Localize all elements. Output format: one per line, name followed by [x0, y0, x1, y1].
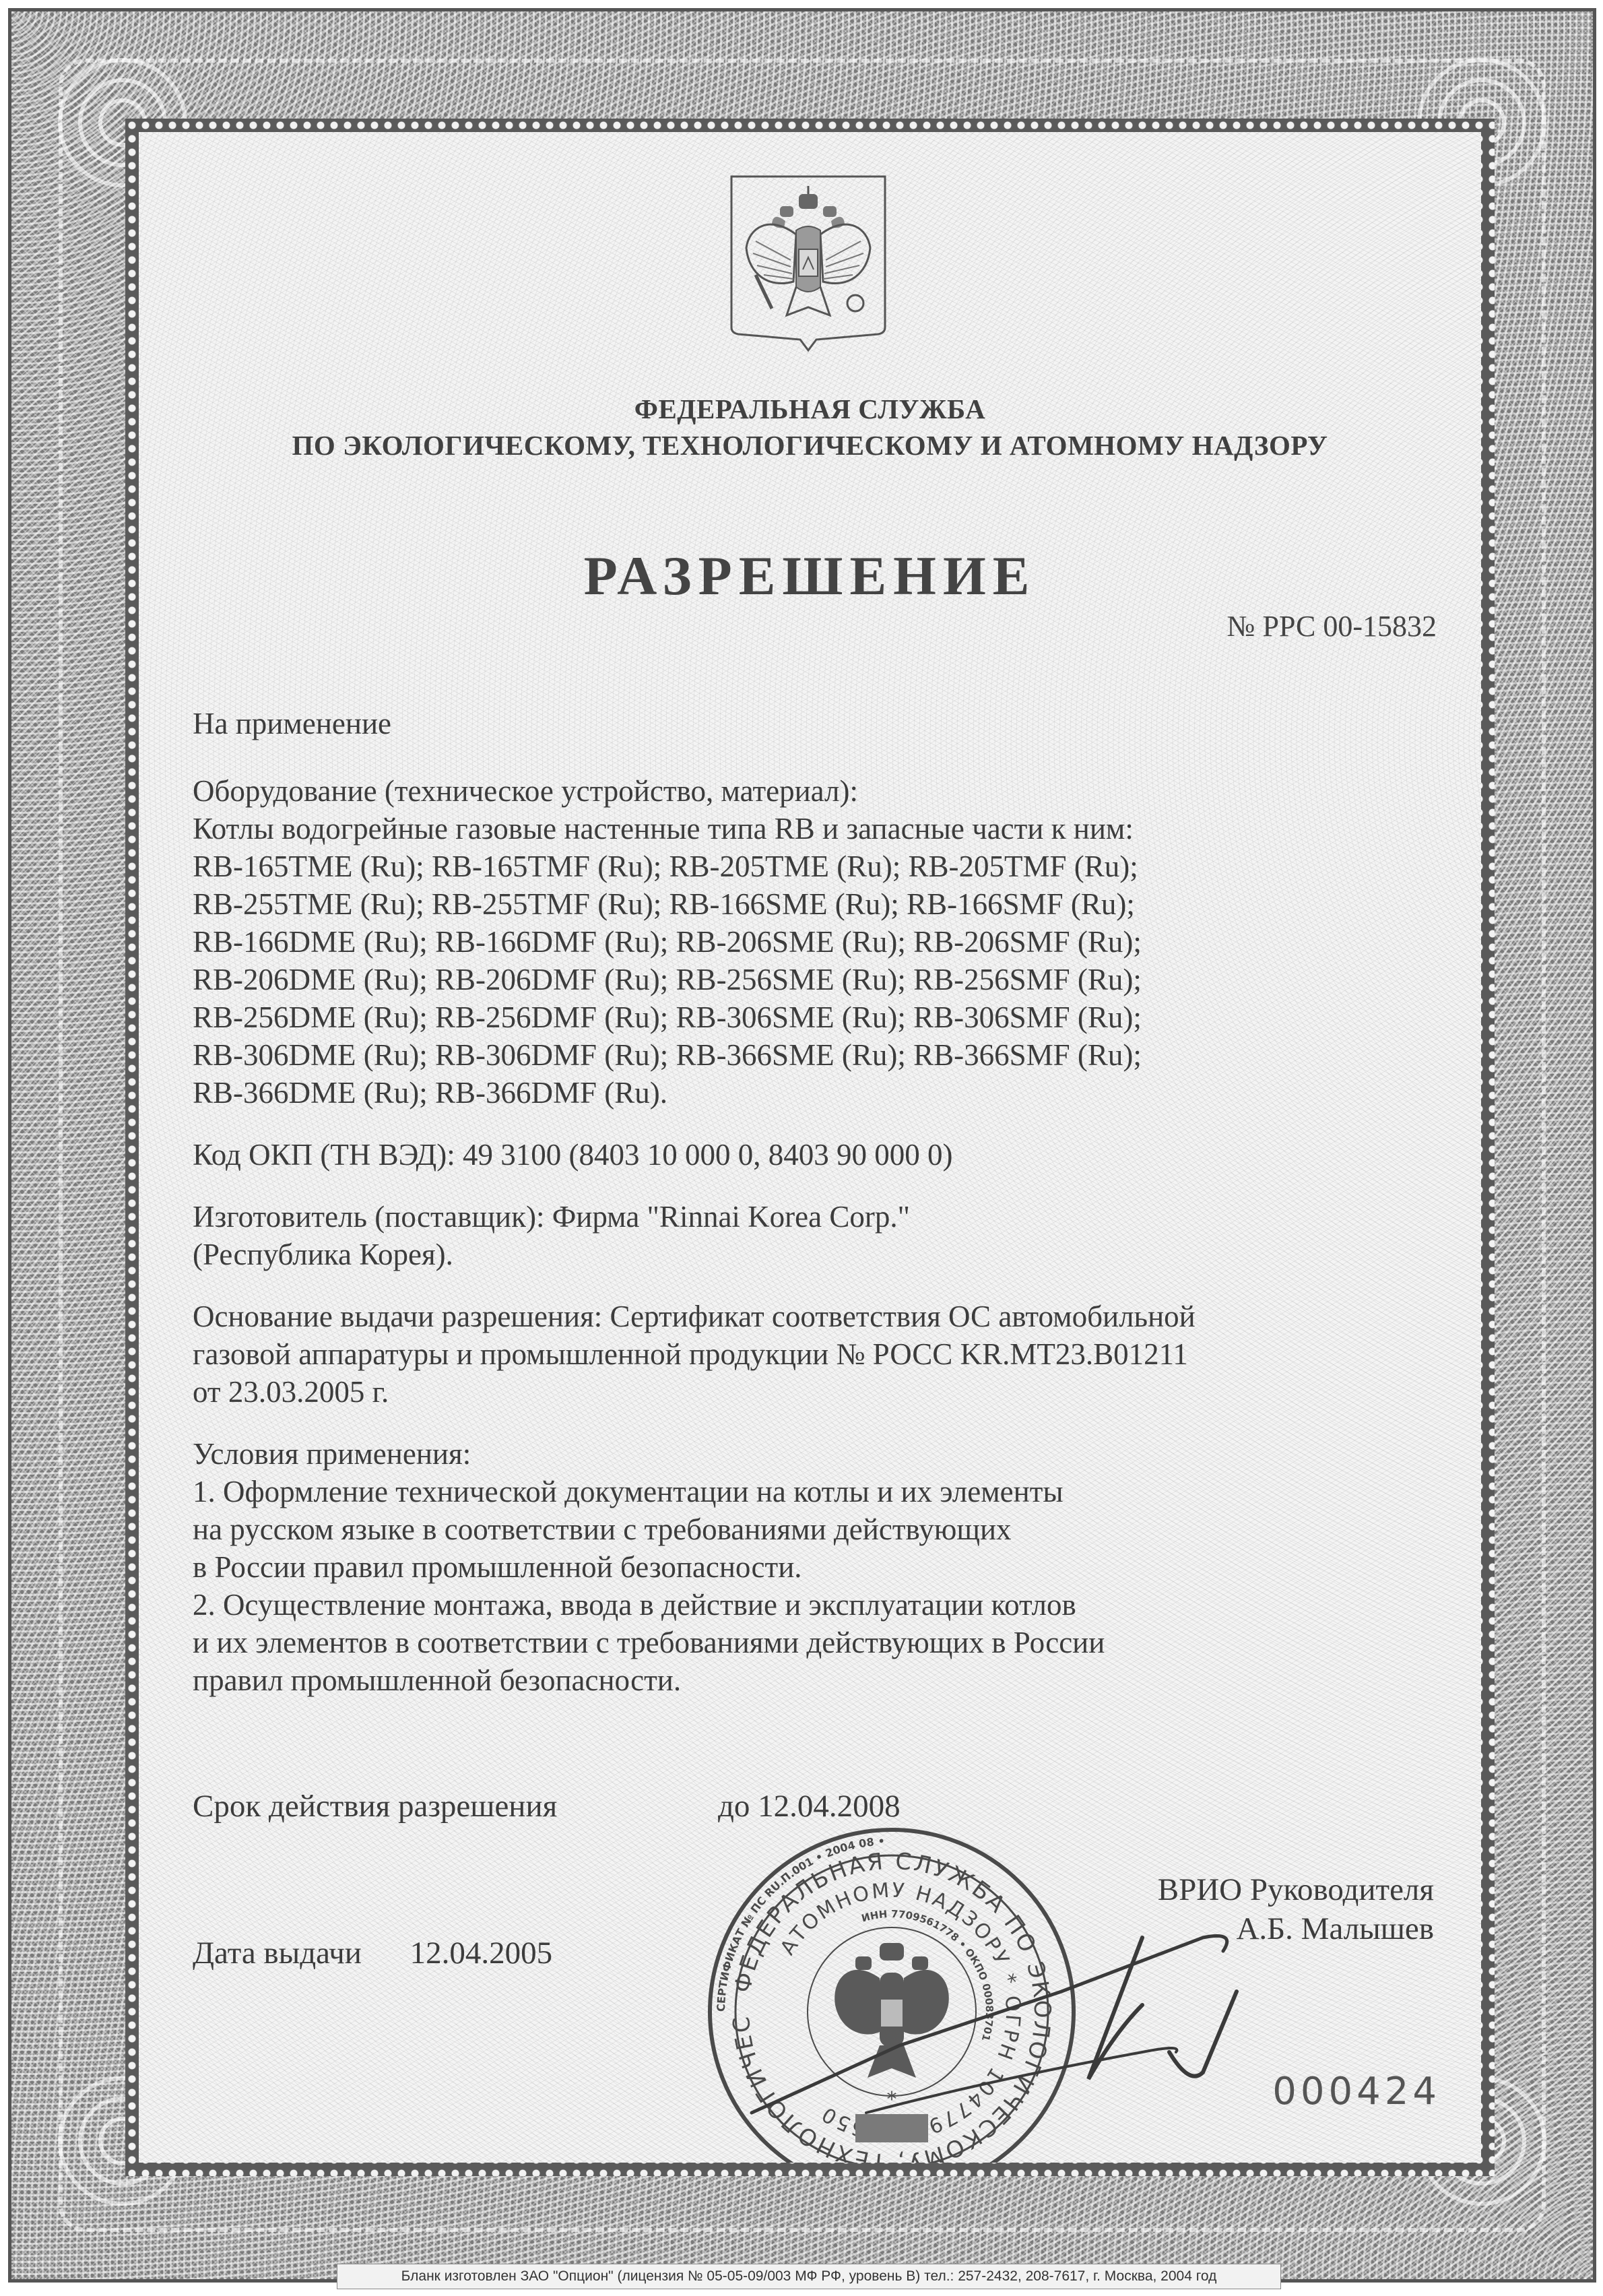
equipment-description: Котлы водогрейные газовые настенные типа… [193, 810, 1459, 848]
agency-name-line1: ФЕДЕРАЛЬНАЯ СЛУЖБА [139, 391, 1481, 427]
validity-date: до 12.04.2008 [718, 1788, 901, 1824]
certificate-sheet: ФЕДЕРАЛЬНАЯ СЛУЖБА ПО ЭКОЛОГИЧЕСКОМУ, ТЕ… [139, 132, 1481, 2163]
russian-coat-of-arms-icon [729, 174, 888, 354]
model-line: RB-255TME (Ru); RB-255TMF (Ru); RB-166SM… [193, 885, 1459, 923]
condition-line: 1. Оформление технической документации н… [193, 1473, 1459, 1510]
model-line: RB-306DME (Ru); RB-306DMF (Ru); RB-366SM… [193, 1036, 1459, 1074]
agency-name: ФЕДЕРАЛЬНАЯ СЛУЖБА ПО ЭКОЛОГИЧЕСКОМУ, ТЕ… [139, 391, 1481, 464]
signature-icon [738, 1911, 1277, 2133]
issuance-basis: газовой аппаратуры и промышленной продук… [193, 1335, 1459, 1373]
model-line: RB-366DME (Ru); RB-366DMF (Ru). [193, 1074, 1459, 1112]
model-line: RB-165TME (Ru); RB-165TMF (Ru); RB-205TM… [193, 848, 1459, 885]
model-list: RB-165TME (Ru); RB-165TMF (Ru); RB-205TM… [193, 848, 1459, 1112]
issuance-basis: от 23.03.2005 г. [193, 1373, 1459, 1411]
model-line: RB-166DME (Ru); RB-166DMF (Ru); RB-206SM… [193, 923, 1459, 961]
signer-position: ВРИО Руководителя [1158, 1870, 1434, 1909]
document-title: РАЗРЕШЕНИЕ [139, 544, 1481, 608]
condition-line: правил промышленной безопасности. [193, 1661, 1459, 1699]
permit-body: На применение Оборудование (техническое … [193, 705, 1459, 1699]
condition-line: в России правил промышленной безопасност… [193, 1548, 1459, 1586]
validity-label: Срок действия разрешения [193, 1789, 557, 1824]
document-number: № РРС 00-15832 [1227, 609, 1437, 643]
agency-name-line2: ПО ЭКОЛОГИЧЕСКОМУ, ТЕХНОЛОГИЧЕСКОМУ И АТ… [139, 427, 1481, 464]
issue-date-row: Дата выдачи 12.04.2005 [193, 1935, 552, 1971]
issue-date-label: Дата выдачи [193, 1936, 362, 1971]
condition-line: 2. Осуществление монтажа, ввода в действ… [193, 1586, 1459, 1624]
manufacturer-country: (Республика Корея). [193, 1236, 1459, 1273]
validity-row: Срок действия разрешения до 12.04.2008 [193, 1788, 557, 1824]
printer-imprint: Бланк изготовлен ЗАО "Опцион" (лицензия … [337, 2264, 1281, 2289]
equipment-label: Оборудование (техническое устройство, ма… [193, 772, 1459, 810]
condition-line: и их элементов в соответствии с требован… [193, 1624, 1459, 1661]
manufacturer: Изготовитель (поставщик): Фирма "Rinnai … [193, 1198, 1459, 1236]
serial-number: 000424 [1272, 2070, 1441, 2113]
okp-code: Код ОКП (ТН ВЭД): 49 3100 (8403 10 000 0… [193, 1136, 1459, 1174]
condition-line: на русском языке в соответствии с требов… [193, 1510, 1459, 1548]
model-line: RB-256DME (Ru); RB-256DMF (Ru); RB-306SM… [193, 998, 1459, 1036]
conditions-label: Условия применения: [193, 1435, 1459, 1473]
issuance-basis: Основание выдачи разрешения: Сертификат … [193, 1298, 1459, 1335]
purpose-label: На применение [193, 705, 1459, 742]
model-line: RB-206DME (Ru); RB-206DMF (Ru); RB-256SM… [193, 961, 1459, 998]
issue-date: 12.04.2005 [410, 1936, 553, 1971]
